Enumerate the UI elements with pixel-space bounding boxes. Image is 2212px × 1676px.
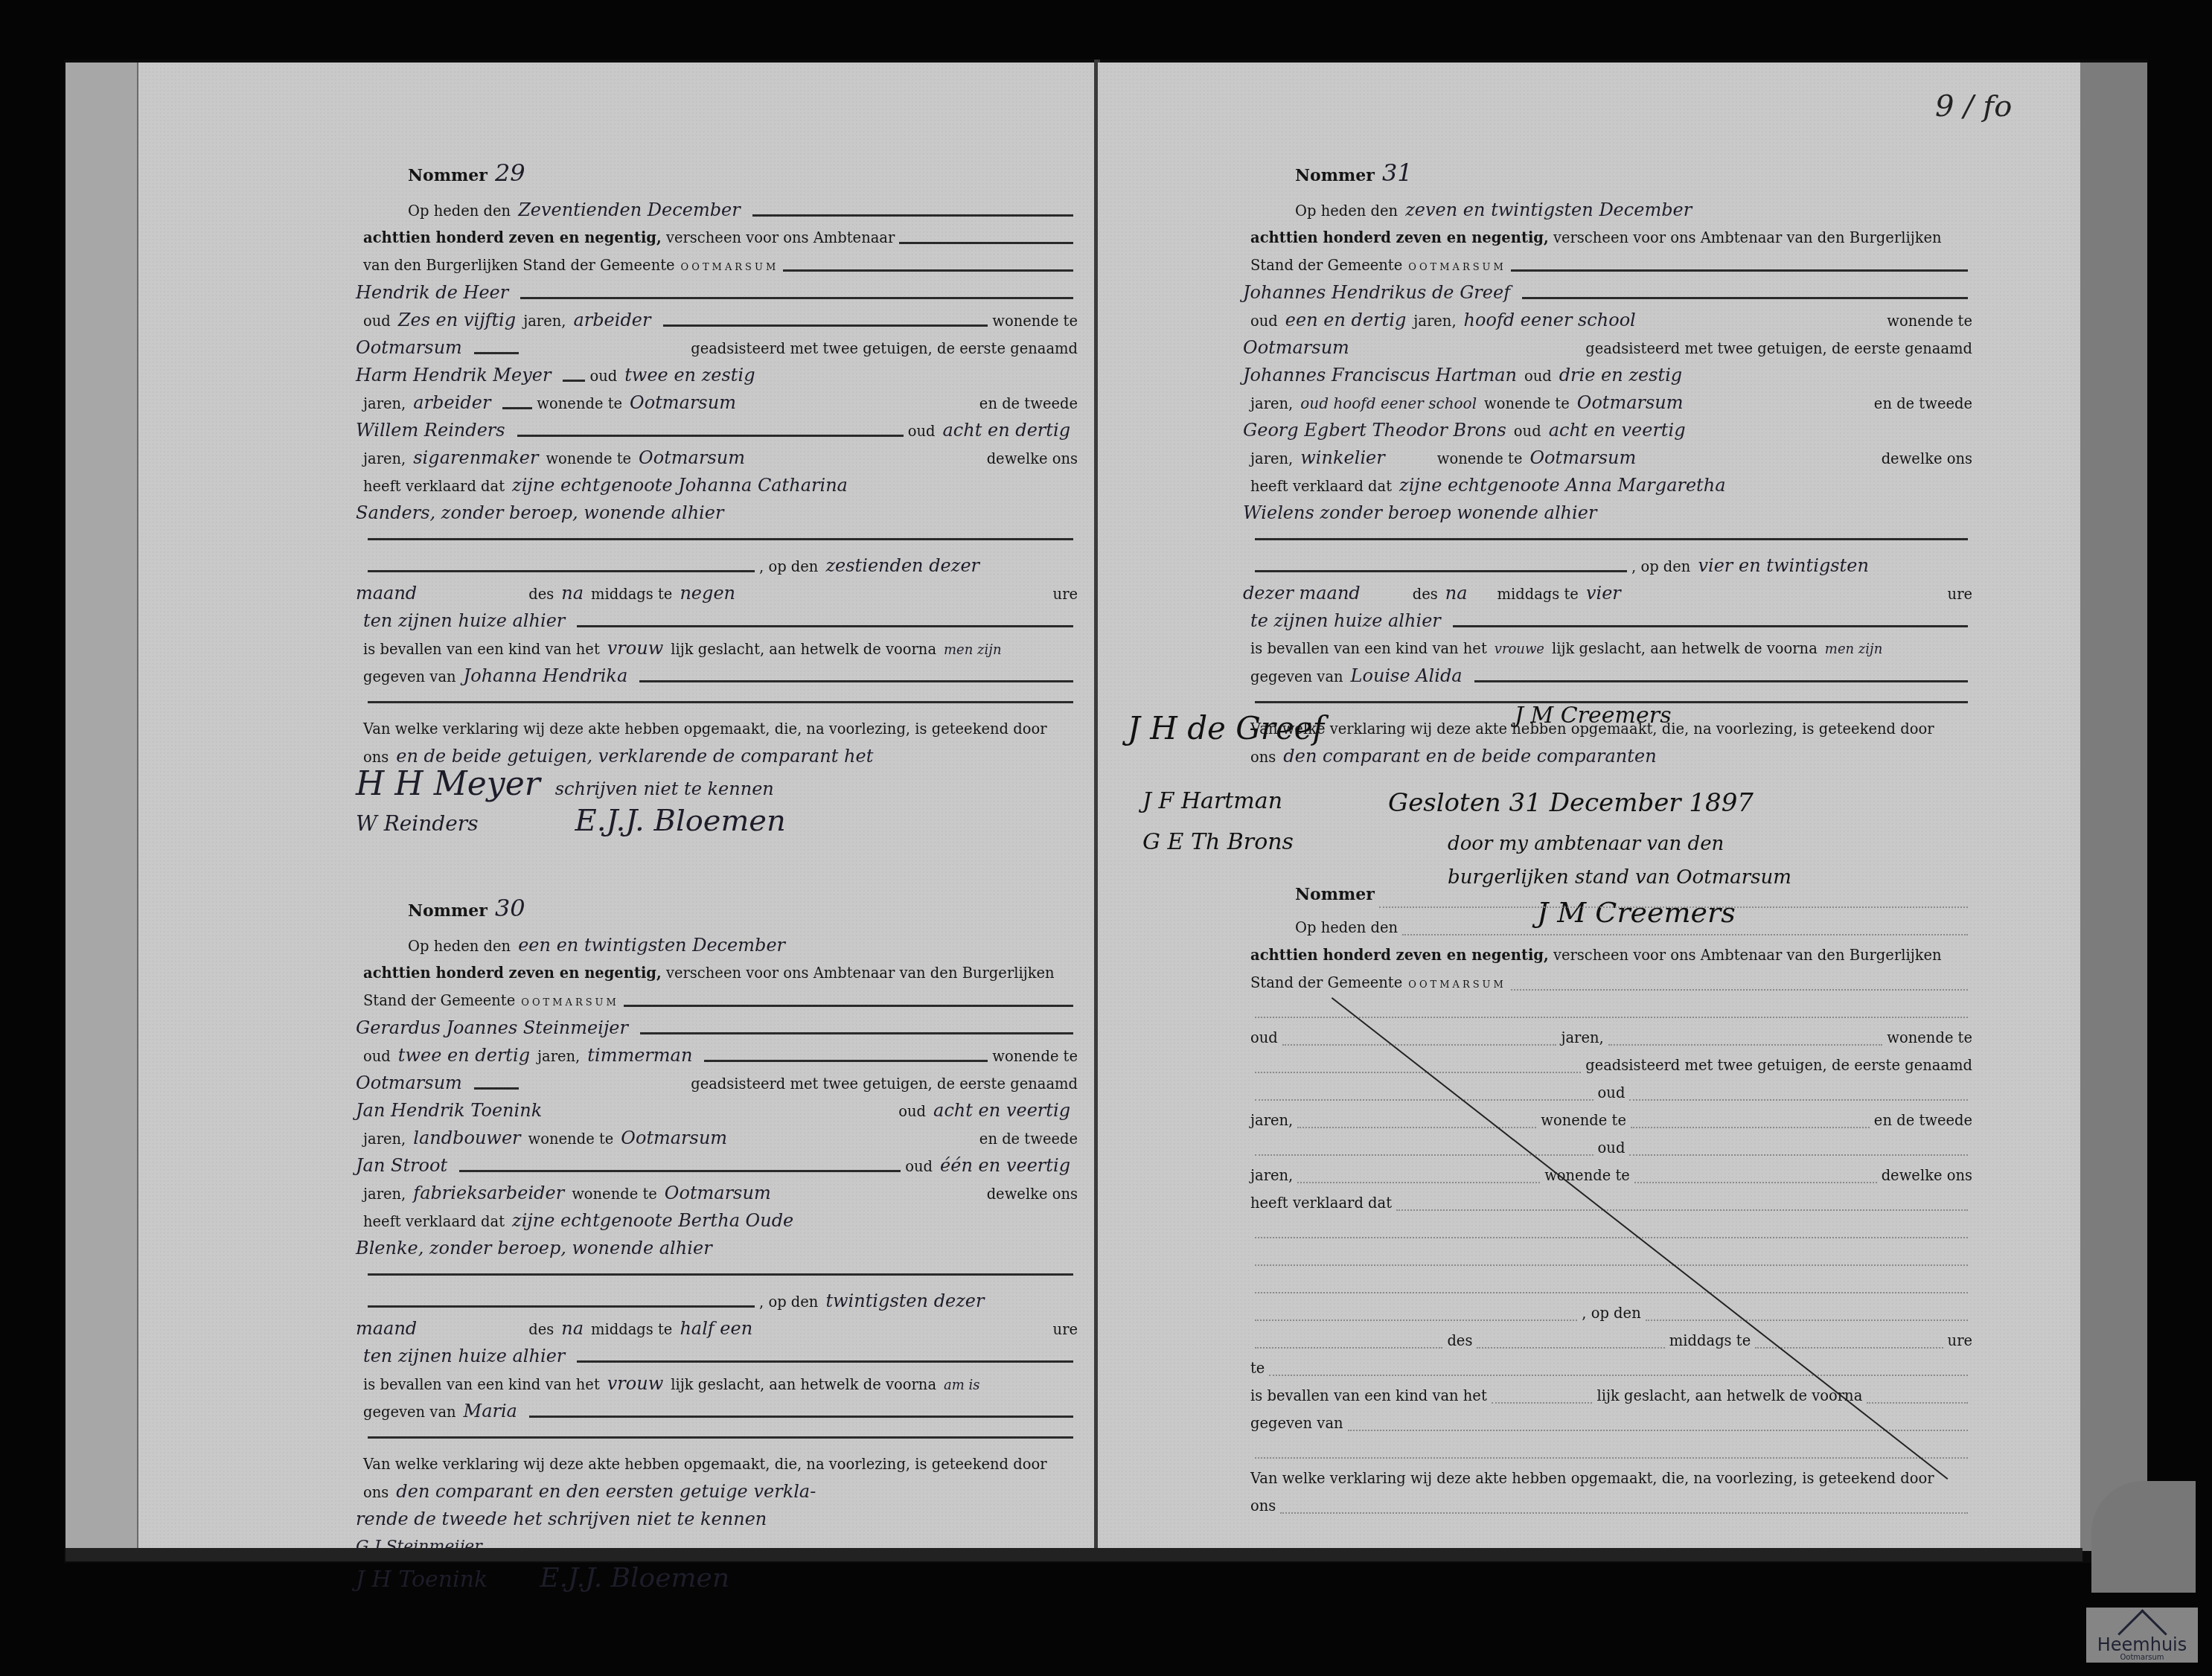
form-rule	[1255, 1098, 1594, 1101]
form-line: , op den vier en twintigsten	[1250, 552, 1972, 580]
form-line: achttien honderd zeven en negentig, vers…	[1250, 224, 1972, 252]
child-name: Maria	[464, 1398, 517, 1425]
witness2-occupation: winkelier	[1300, 444, 1384, 472]
form-text: middags te	[1497, 580, 1579, 608]
form-line: J H Toenink E.J.J. Bloemen	[363, 1564, 1078, 1602]
form-rule	[1634, 1181, 1877, 1183]
form-text: wonende te	[1484, 390, 1570, 418]
form-line: Van welke verklaring wij deze akte hebbe…	[363, 1450, 1078, 1478]
birth-day: zestienden dezer	[825, 552, 979, 580]
form-rule	[1522, 297, 1968, 299]
form-text: , op den	[759, 1288, 818, 1316]
time-prefix: na	[561, 1315, 584, 1343]
signed-by-line2: schrijven niet te kennen	[555, 775, 774, 803]
form-text: achttien honderd zeven en negentig,	[1250, 224, 1549, 252]
form-rule	[577, 1360, 1073, 1363]
form-rule	[1492, 1401, 1593, 1404]
form-line: gegeven van Louise Alida	[1250, 662, 1972, 690]
nommer-label: Nommer	[408, 162, 488, 190]
form-text: jaren,	[363, 445, 406, 473]
declarant-name: Gerardus Joannes Steinmeijer	[356, 1014, 628, 1042]
form-line: Stand der Gemeente OOTMARSUM	[1250, 252, 1972, 279]
form-rule	[368, 1305, 755, 1308]
form-text: jaren,	[1250, 1162, 1293, 1189]
form-rule	[1474, 680, 1968, 682]
form-line: gegeven van Maria	[363, 1398, 1078, 1425]
form-rule	[1255, 1319, 1577, 1321]
form-text: lijk geslacht, aan hetwelk de voorna	[671, 636, 936, 663]
form-rule	[563, 380, 585, 382]
form-text: achttien honderd zeven en negentig,	[1250, 941, 1549, 969]
birth-month: maand	[356, 580, 417, 607]
form-text: is bevallen van een kind van het	[1250, 1382, 1487, 1410]
form-line: jaren, landbouwer wonende te Ootmarsum e…	[363, 1125, 1078, 1152]
form-rule	[1255, 537, 1968, 540]
blank-entry: Nommer Op heden den achttien honderd zev…	[1250, 881, 1972, 1520]
page-margin	[65, 63, 138, 1551]
form-text: Op heden den	[408, 933, 511, 960]
form-text: middags te	[591, 1316, 672, 1343]
birth-month: dezer maand	[1243, 580, 1361, 607]
bottom-edge	[65, 1548, 2082, 1561]
form-line: oud	[1250, 1079, 1972, 1107]
form-line: Gerardus Joannes Steinmeijer	[363, 1014, 1078, 1042]
form-rule	[663, 324, 988, 327]
form-text: en de tweede	[1874, 390, 1972, 418]
form-line: achttien honderd zeven en negentig, vers…	[1250, 941, 1972, 969]
form-rule	[1629, 1154, 1968, 1156]
form-text: verscheen voor ons Ambtenaar van den Bur…	[1553, 224, 1942, 252]
nommer-label: Nommer	[408, 898, 488, 925]
form-text: ure	[1948, 580, 1972, 608]
nommer-label: Nommer	[1295, 881, 1375, 909]
birth-month: maand	[356, 1315, 417, 1343]
signature: J H Toenink	[356, 1566, 488, 1593]
declarant-occupation: hoofd eener school	[1464, 307, 1636, 334]
form-line: Op heden den	[1250, 914, 1972, 941]
form-line: te zijnen huize alhier	[1250, 607, 1972, 635]
form-line: te	[1250, 1354, 1972, 1382]
form-text: des	[1447, 1327, 1472, 1354]
form-line: Johannes Hendrikus de Greef	[1250, 279, 1972, 307]
form-line	[1250, 1244, 1972, 1272]
left-page: Nommer 29 Op heden den Zeventienden Dece…	[65, 63, 1096, 1551]
form-text: en de tweede	[979, 1125, 1078, 1153]
form-text: wonende te	[1437, 445, 1523, 473]
form-text: is bevallen van een kind van het	[363, 636, 600, 663]
form-line: rende de tweede het schrijven niet te ke…	[363, 1506, 1078, 1533]
form-text: ons	[1250, 1492, 1276, 1520]
form-text: OOTMARSUM	[521, 989, 619, 1017]
form-text: is bevallen van een kind van het	[1250, 635, 1487, 662]
form-line: H H Meyer schrijven niet te kennen	[363, 770, 1078, 807]
name-suffix: am is	[944, 1372, 980, 1399]
signature: J H de Greef	[1128, 710, 1324, 746]
witness2-age: acht en veertig	[1549, 417, 1686, 444]
form-rule	[474, 352, 519, 354]
witness2-age: acht en dertig	[943, 417, 1071, 444]
witness2-residence: Ootmarsum	[665, 1180, 771, 1207]
form-line: , op den zestienden dezer	[363, 552, 1078, 580]
witness2-name: Georg Egbert Theodor Brons	[1243, 417, 1506, 444]
witness1-name: Jan Hendrik Toenink	[356, 1097, 542, 1125]
form-text: wonende te	[1887, 1024, 1972, 1052]
entry-date: zeven en twintigsten December	[1405, 196, 1692, 224]
statement-line1: zijne echtgenoote Johanna Catharina	[512, 472, 848, 499]
form-line: Jan Hendrik Toenink oud acht en veertig	[363, 1097, 1078, 1125]
form-rule	[1511, 988, 1968, 991]
form-line: is bevallen van een kind van het vrouw l…	[363, 1370, 1078, 1398]
child-name: Johanna Hendrika	[464, 662, 628, 690]
form-rule	[1280, 1512, 1968, 1514]
form-text: ons	[363, 1479, 389, 1506]
form-rule	[1255, 1456, 1968, 1459]
signature: E.J.J. Bloemen	[540, 1564, 729, 1592]
form-rule	[1477, 1346, 1664, 1349]
form-text: verscheen voor ons Ambtenaar van den Bur…	[666, 959, 1055, 987]
form-text: des	[528, 1316, 554, 1343]
form-text: Stand der Gemeente	[1250, 252, 1402, 279]
witness1-age: drie en zestig	[1559, 362, 1682, 389]
declarant-occupation: timmerman	[587, 1042, 692, 1069]
form-text: oud	[363, 1043, 391, 1070]
signature: W Reinders	[356, 810, 479, 837]
watermark-logo: Heemhuis Ootmarsum	[2086, 1608, 2198, 1663]
form-text: oud	[898, 1098, 926, 1125]
birth-place: ten zijnen huize alhier	[363, 1343, 565, 1370]
form-line: oud	[1250, 1134, 1972, 1162]
form-rule	[624, 1005, 1073, 1007]
form-line: oud een en dertig jaren, hoofd eener sch…	[1250, 307, 1972, 334]
form-line: jaren, winkelier wonende te Ootmarsum de…	[1250, 444, 1972, 472]
form-rule	[1608, 1043, 1883, 1046]
entry-date: een en twintigsten December	[518, 932, 785, 959]
form-rule	[1867, 1401, 1968, 1404]
signature: E.J.J. Bloemen	[575, 807, 786, 835]
form-text: Stand der Gemeente	[1250, 969, 1402, 997]
form-line: oud Zes en vijftig jaren, arbeider wonen…	[363, 307, 1078, 334]
birth-place: ten zijnen huize alhier	[363, 607, 565, 635]
form-line: gegeven van Johanna Hendrika	[363, 662, 1078, 690]
signature: G E Th Brons	[1142, 829, 1294, 855]
declarant-residence: Ootmarsum	[356, 334, 462, 362]
declarant-name: Johannes Hendrikus de Greef	[1243, 279, 1510, 307]
form-text: jaren,	[363, 1180, 406, 1208]
form-text: jaren,	[1250, 445, 1293, 473]
witness2-age: één en veertig	[940, 1152, 1070, 1180]
form-line: Georg Egbert Theodor Brons oud acht en v…	[1250, 417, 1972, 444]
form-text: Van welke verklaring wij deze akte hebbe…	[1250, 1465, 1934, 1492]
form-rule	[1255, 570, 1627, 572]
form-text: geadsisteerd met twee getuigen, de eerst…	[691, 1070, 1078, 1098]
form-line: oud twee en dertig jaren, timmerman wone…	[363, 1042, 1078, 1069]
form-rule	[1396, 1209, 1968, 1211]
form-rule	[1402, 933, 1968, 935]
form-text: lijk geslacht, aan hetwelk de voorna	[1552, 635, 1818, 662]
form-line: is bevallen van een kind van het lijk ge…	[1250, 1382, 1972, 1410]
witness2-name: Jan Stroot	[356, 1152, 447, 1180]
form-text: OOTMARSUM	[1408, 254, 1506, 281]
witness1-name: Johannes Franciscus Hartman	[1243, 362, 1517, 389]
form-line: jaren, wonende te en de tweede	[1250, 1107, 1972, 1134]
form-line: Sanders, zonder beroep, wonende alhier	[363, 499, 1078, 527]
signature: H H Meyer	[356, 770, 540, 798]
form-rule	[899, 242, 1073, 244]
witness2-residence: Ootmarsum	[639, 444, 745, 472]
form-line	[1250, 1272, 1972, 1299]
form-rule	[1255, 1236, 1968, 1238]
form-text: Op heden den	[1295, 197, 1398, 225]
signed-by-line1: den comparant en den eersten getuige ver…	[396, 1478, 816, 1506]
form-line: des middags te ure	[1250, 1327, 1972, 1354]
form-rule	[1453, 625, 1968, 627]
child-sex: vrouwe	[1495, 636, 1544, 663]
statement-line1: zijne echtgenoote Anna Margaretha	[1399, 472, 1726, 499]
form-text: ure	[1053, 580, 1078, 608]
child-sex: vrouw	[607, 635, 663, 662]
form-text: dewelke ons	[987, 445, 1078, 473]
form-text: oud	[905, 1153, 933, 1180]
form-text: middags te	[591, 580, 672, 608]
form-text: is bevallen van een kind van het	[363, 1371, 600, 1398]
statement-line2: Sanders, zonder beroep, wonende alhier	[356, 499, 723, 527]
birth-day: vier en twintigsten	[1698, 552, 1868, 580]
form-line: is bevallen van een kind van het vrouwe …	[1250, 635, 1972, 662]
form-line: , op den twintigsten dezer	[363, 1288, 1078, 1315]
form-rule	[1755, 1346, 1943, 1349]
form-text: wonende te	[992, 1043, 1078, 1070]
form-line: Willem Reinders oud acht en dertig	[363, 417, 1078, 444]
form-text: , op den	[759, 553, 818, 580]
form-text: des	[1413, 580, 1438, 608]
form-rule	[459, 1170, 901, 1172]
entry-31: Nommer 31 Op heden den zeven en twintigs…	[1250, 159, 1972, 770]
child-name: Louise Alida	[1351, 662, 1463, 690]
form-rule	[639, 680, 1073, 682]
form-text: geadsisteerd met twee getuigen, de eerst…	[1585, 1052, 1972, 1079]
form-rule	[474, 1087, 519, 1090]
form-line: van den Burgerlijken Stand der Gemeente …	[363, 252, 1078, 279]
form-rule	[1297, 1181, 1540, 1183]
form-rule	[1255, 1016, 1968, 1018]
form-line: is bevallen van een kind van het vrouw l…	[363, 635, 1078, 662]
form-text: jaren,	[363, 390, 406, 418]
form-rule	[1629, 1098, 1968, 1101]
form-line: Johannes Franciscus Hartman oud drie en …	[1250, 362, 1972, 389]
form-text: Op heden den	[1295, 914, 1398, 941]
form-text: jaren,	[363, 1125, 406, 1153]
form-text: dewelke ons	[987, 1180, 1078, 1208]
form-text: heeft verklaard dat	[363, 1208, 505, 1235]
form-line: maand des na middags te half een ure	[363, 1315, 1078, 1343]
form-line: , op den	[1250, 1299, 1972, 1327]
form-rule	[1348, 1429, 1968, 1431]
form-line: Jan Stroot oud één en veertig	[363, 1152, 1078, 1180]
form-text: wonende te	[546, 445, 631, 473]
form-line: Op heden den een en twintigsten December	[363, 932, 1078, 959]
form-text: gegeven van	[1250, 1410, 1343, 1437]
form-line: heeft verklaard dat	[1250, 1189, 1972, 1217]
witness1-age: twee en zestig	[624, 362, 755, 389]
form-rule	[1255, 1291, 1968, 1293]
form-line: maand des na middags te negen ure	[363, 580, 1078, 607]
form-text: Stand der Gemeente	[363, 987, 515, 1014]
form-line	[1250, 1217, 1972, 1244]
form-rule	[368, 537, 1073, 540]
closing-line1: Gesloten 31 December 1897	[1388, 788, 1754, 818]
form-rule	[1255, 1154, 1594, 1156]
witness2-name: Willem Reinders	[356, 417, 505, 444]
form-line: heeft verklaard dat zijne echtgenoote Be…	[363, 1207, 1078, 1235]
witness1-residence: Ootmarsum	[1577, 389, 1684, 417]
form-line: jaren, wonende te dewelke ons	[1250, 1162, 1972, 1189]
form-rule	[640, 1032, 1073, 1034]
form-line: W Reinders E.J.J. Bloemen	[363, 807, 1078, 852]
witness2-residence: Ootmarsum	[1529, 444, 1636, 472]
declarant-residence: Ootmarsum	[356, 1069, 462, 1097]
op-heden-label: Op heden den	[408, 197, 511, 225]
form-text: geadsisteerd met twee getuigen, de eerst…	[1585, 335, 1972, 362]
time-prefix: na	[561, 580, 584, 607]
form-text: middags te	[1669, 1327, 1751, 1354]
form-text: , op den	[1631, 553, 1690, 580]
form-line: Wielens zonder beroep wonende alhier	[1250, 499, 1972, 527]
signature: J M Creemers	[1515, 703, 1672, 729]
torn-corner	[2091, 1481, 2196, 1593]
form-text: wonende te	[528, 1125, 614, 1153]
declarant-residence: Ootmarsum	[1243, 334, 1349, 362]
form-rule	[1255, 1346, 1442, 1349]
time-prefix: na	[1445, 580, 1468, 607]
form-line: jaren, sigarenmaker wonende te Ootmarsum…	[363, 444, 1078, 472]
form-line: ten zijnen huize alhier	[363, 1343, 1078, 1370]
signature: J F Hartman	[1142, 788, 1282, 814]
form-rule	[368, 1436, 1073, 1439]
form-line: Op heden den zeven en twintigsten Decemb…	[1250, 196, 1972, 224]
witness1-name: Harm Hendrik Meyer	[356, 362, 551, 389]
witness1-residence: Ootmarsum	[621, 1125, 727, 1152]
witness1-occupation: landbouwer	[413, 1125, 520, 1152]
form-rule	[368, 1273, 1073, 1276]
form-text: , op den	[1582, 1299, 1640, 1327]
witness1-occupation: arbeider	[413, 389, 490, 417]
form-rule	[529, 1416, 1073, 1418]
form-line: achttien honderd zeven en negentig, vers…	[363, 224, 1078, 252]
form-text: jaren,	[523, 307, 566, 335]
closing-line2: door my ambtenaar van den	[1448, 833, 1724, 855]
declarant-age: Zes en vijftig	[398, 307, 516, 334]
form-text: jaren,	[1250, 390, 1293, 418]
witness1-age: acht en veertig	[933, 1097, 1070, 1125]
form-text: lijk geslacht, aan hetwelk de voorna	[671, 1371, 936, 1398]
form-line: Nommer 30	[363, 895, 1078, 932]
book-edge	[2080, 63, 2147, 1551]
form-text: wonende te	[1541, 1107, 1626, 1134]
birth-hour: vier	[1586, 580, 1621, 607]
form-text: OOTMARSUM	[1408, 971, 1506, 999]
child-sex: vrouw	[607, 1370, 663, 1398]
entry-number: 29	[495, 159, 525, 187]
form-text: des	[528, 580, 554, 608]
declarant-age: twee en dertig	[398, 1042, 530, 1069]
form-rule	[1646, 1319, 1968, 1321]
form-rule	[368, 700, 1073, 703]
form-line: ons den comparant en den eersten getuige…	[363, 1478, 1078, 1506]
form-text: oud	[1250, 307, 1278, 335]
form-text: oud	[1598, 1079, 1626, 1107]
form-rule	[520, 297, 1073, 299]
signed-by-line1: den comparant en de beide comparanten	[1283, 743, 1656, 770]
witness1-residence: Ootmarsum	[630, 389, 736, 417]
form-rule	[1297, 1126, 1536, 1128]
form-text: wonende te	[537, 390, 622, 418]
form-text: oud	[1250, 1024, 1278, 1052]
form-line: ons	[1250, 1492, 1972, 1520]
form-line: ten zijnen huize alhier	[363, 607, 1078, 635]
declarant-age: een en dertig	[1285, 307, 1407, 334]
form-text: lijk geslacht, aan hetwelk de voorna	[1596, 1382, 1862, 1410]
form-line: oud jaren, wonende te	[1250, 1024, 1972, 1052]
form-text: oud	[1524, 362, 1552, 390]
form-text: gegeven van	[1250, 663, 1343, 691]
form-text: dewelke ons	[1882, 445, 1972, 473]
entry-29: Nommer 29 Op heden den Zeventienden Dece…	[363, 159, 1078, 852]
name-suffix: men zijn	[1825, 636, 1882, 663]
witness2-occupation: sigarenmaker	[413, 444, 538, 472]
form-rule	[704, 1060, 988, 1062]
form-line: Op heden den Zeventienden December	[363, 196, 1078, 224]
form-text: gegeven van	[363, 663, 456, 691]
form-rule	[368, 570, 755, 572]
closing-formula: Van welke verklaring wij deze akte hebbe…	[363, 715, 1047, 743]
form-text: gegeven van	[363, 1398, 456, 1426]
form-text: geadsisteerd met twee getuigen, de eerst…	[691, 335, 1078, 362]
form-text: oud	[1514, 418, 1541, 445]
form-text: wonende te	[992, 307, 1078, 335]
form-text: ons	[1250, 743, 1276, 771]
form-text: heeft verklaard dat	[1250, 1189, 1392, 1217]
form-text: te	[1250, 1354, 1265, 1382]
birth-day: twintigsten dezer	[825, 1288, 984, 1315]
form-text: oud	[363, 307, 391, 335]
form-text: achttien honderd zeven en negentig,	[363, 959, 662, 987]
form-line: Nommer 31	[1250, 159, 1972, 196]
form-line: heeft verklaard dat zijne echtgenoote Jo…	[363, 472, 1078, 499]
form-text: wonende te	[572, 1180, 657, 1208]
form-text: oud	[908, 418, 936, 445]
form-text: jaren,	[537, 1043, 580, 1070]
form-line: Nommer 29	[363, 159, 1078, 196]
form-line: heeft verklaard dat zijne echtgenoote An…	[1250, 472, 1972, 499]
entry-number: 30	[495, 895, 525, 922]
form-rule	[1631, 1126, 1870, 1128]
verscheen-text: verscheen voor ons Ambtenaar	[666, 224, 895, 252]
entry-30: Nommer 30 Op heden den een en twintigste…	[363, 895, 1078, 1602]
form-line: ons den comparant en de beide comparante…	[1250, 743, 1972, 770]
form-rule	[1255, 1071, 1581, 1073]
entry-number: 31	[1382, 159, 1413, 187]
statement-line2: Blenke, zonder beroep, wonende alhier	[356, 1235, 712, 1262]
form-line: Ootmarsum geadsisteerd met twee getuigen…	[1250, 334, 1972, 362]
form-text: verscheen voor ons Ambtenaar van den Bur…	[1553, 941, 1942, 969]
form-rule	[577, 625, 1073, 627]
form-line: geadsisteerd met twee getuigen, de eerst…	[1250, 1052, 1972, 1079]
gemeente-label: van den Burgerlijken Stand der Gemeente	[363, 252, 675, 279]
form-line: Stand der Gemeente OOTMARSUM	[363, 987, 1078, 1014]
form-rule	[1511, 269, 1968, 272]
form-text: ure	[1053, 1316, 1078, 1343]
year-text: achttien honderd zeven en negentig,	[363, 224, 662, 252]
